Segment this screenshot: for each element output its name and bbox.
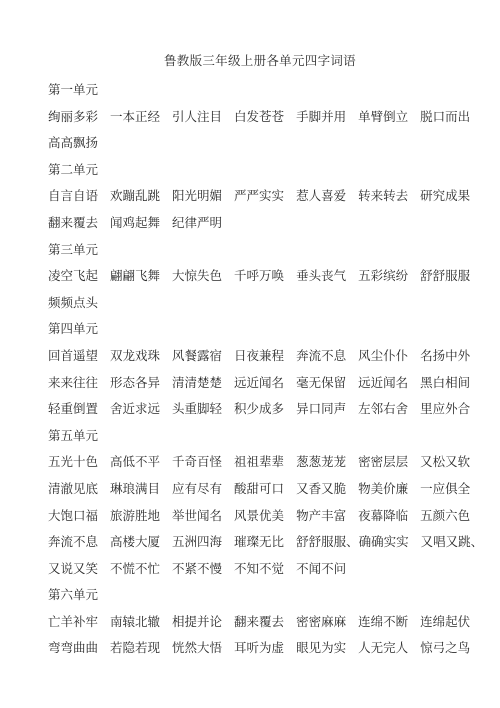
word-item: 清澈见底 bbox=[48, 476, 98, 503]
word-item: 不闻不问 bbox=[296, 556, 346, 583]
word-item: 风景优美 bbox=[234, 503, 284, 530]
word-item: 来来往往 bbox=[48, 370, 98, 397]
word-line: 大饱口福旅游胜地举世闻名风景优美物产丰富夜幕降临五颜六色 bbox=[48, 503, 488, 530]
word-item: 里应外合 bbox=[420, 396, 470, 423]
word-item: 舍近求远 bbox=[110, 396, 160, 423]
unit-heading: 第六单元 bbox=[48, 582, 488, 609]
word-item: 惹人喜爱 bbox=[296, 183, 346, 210]
word-item: 眼见为实 bbox=[296, 635, 346, 662]
word-line: 来来往往形态各异清清楚楚远近闻名毫无保留远近闻名黑白相间 bbox=[48, 370, 488, 397]
word-item: 琳琅满目 bbox=[110, 476, 160, 503]
word-item: 应有尽有 bbox=[172, 476, 222, 503]
word-item: 转来转去 bbox=[358, 183, 408, 210]
word-item: 一本正经 bbox=[110, 104, 160, 131]
word-item: 不知不觉 bbox=[234, 556, 284, 583]
word-item: 纪律严明 bbox=[172, 210, 222, 237]
word-line: 自言自语欢蹦乱跳阳光明媚严严实实惹人喜爱转来转去研究成果 bbox=[48, 183, 488, 210]
word-item: 又松又软 bbox=[420, 449, 470, 476]
word-item: 形态各异 bbox=[110, 370, 160, 397]
word-item: 舒舒服服 bbox=[420, 263, 470, 290]
document-title: 鲁教版三年级上册各单元四字词语 bbox=[0, 51, 500, 69]
word-item: 南辕北辙 bbox=[110, 609, 160, 636]
unit-heading: 第五单元 bbox=[48, 423, 488, 450]
word-item: 五光十色 bbox=[48, 449, 98, 476]
word-item: 弯弯曲曲 bbox=[48, 635, 98, 662]
word-item: 不慌不忙 bbox=[110, 556, 160, 583]
word-item: 自言自语 bbox=[48, 183, 98, 210]
word-line: 奔流不息高楼大厦五洲四海璀璨无比舒舒服服、确确实实又唱又跳、 bbox=[48, 529, 488, 556]
word-item: 大惊失色 bbox=[172, 263, 222, 290]
word-item: 凌空飞起 bbox=[48, 263, 98, 290]
word-item: 高高飘扬 bbox=[48, 130, 98, 157]
word-item: 酸甜可口 bbox=[234, 476, 284, 503]
word-item: 又香又脆 bbox=[296, 476, 346, 503]
word-item: 奔流不息 bbox=[48, 529, 98, 556]
word-item: 手脚并用 bbox=[296, 104, 346, 131]
word-item: 清清楚楚 bbox=[172, 370, 222, 397]
word-item: 黑白相间 bbox=[420, 370, 470, 397]
word-line: 轻重倒置舍近求远头重脚轻积少成多异口同声左邻右舍里应外合 bbox=[48, 396, 488, 423]
word-item: 头重脚轻 bbox=[172, 396, 222, 423]
word-item: 五洲四海 bbox=[172, 529, 222, 556]
word-item: 亡羊补牢 bbox=[48, 609, 98, 636]
word-item: 璀璨无比 bbox=[234, 529, 284, 556]
word-item: 举世闻名 bbox=[172, 503, 222, 530]
word-item: 夜幕降临 bbox=[358, 503, 408, 530]
word-line: 回首遥望双龙戏珠风餐露宿日夜兼程奔流不息风尘仆仆名扬中外 bbox=[48, 343, 488, 370]
word-item: 恍然大悟 bbox=[172, 635, 222, 662]
word-item: 物美价廉 bbox=[358, 476, 408, 503]
word-item: 五彩缤纷 bbox=[358, 263, 408, 290]
word-line: 亡羊补牢南辕北辙相提并论翻来覆去密密麻麻连绵不断连绵起伏 bbox=[48, 609, 488, 636]
word-item: 又说又笑 bbox=[48, 556, 98, 583]
word-item: 密密层层 bbox=[358, 449, 408, 476]
word-item: 白发苍苍 bbox=[234, 104, 284, 131]
word-item: 风餐露宿 bbox=[172, 343, 222, 370]
word-item: 频频点头 bbox=[48, 290, 98, 317]
word-line: 绚丽多彩一本正经引人注目白发苍苍手脚并用单臂倒立脱口而出 bbox=[48, 104, 488, 131]
word-line: 频频点头 bbox=[48, 290, 488, 317]
word-item: 旅游胜地 bbox=[110, 503, 160, 530]
word-item: 一应俱全 bbox=[420, 476, 470, 503]
word-item: 垂头丧气 bbox=[296, 263, 346, 290]
word-item: 密密麻麻 bbox=[296, 609, 346, 636]
word-item: 毫无保留 bbox=[296, 370, 346, 397]
word-item: 物产丰富 bbox=[296, 503, 346, 530]
word-item: 远近闻名 bbox=[234, 370, 284, 397]
word-item: 闻鸡起舞 bbox=[110, 210, 160, 237]
word-item: 人无完人 bbox=[358, 635, 408, 662]
word-line: 清澈见底琳琅满目应有尽有酸甜可口又香又脆物美价廉一应俱全 bbox=[48, 476, 488, 503]
word-item: 欢蹦乱跳 bbox=[110, 183, 160, 210]
word-item: 相提并论 bbox=[172, 609, 222, 636]
word-item: 连绵起伏 bbox=[420, 609, 470, 636]
word-line: 凌空飞起翩翩飞舞大惊失色千呼万唤垂头丧气五彩缤纷舒舒服服 bbox=[48, 263, 488, 290]
word-item: 风尘仆仆 bbox=[358, 343, 408, 370]
word-item: 异口同声 bbox=[296, 396, 346, 423]
word-line: 又说又笑不慌不忙不紧不慢不知不觉不闻不问 bbox=[48, 556, 488, 583]
document-body: 第一单元绚丽多彩一本正经引人注目白发苍苍手脚并用单臂倒立脱口而出高高飘扬第二单元… bbox=[48, 77, 488, 662]
word-item: 舒舒服服、确确实实 bbox=[296, 529, 409, 556]
word-item: 连绵不断 bbox=[358, 609, 408, 636]
unit-heading: 第一单元 bbox=[48, 77, 488, 104]
word-line: 弯弯曲曲若隐若现恍然大悟耳听为虚眼见为实人无完人惊弓之鸟 bbox=[48, 635, 488, 662]
word-item: 大饱口福 bbox=[48, 503, 98, 530]
word-item: 远近闻名 bbox=[358, 370, 408, 397]
word-item: 高楼大厦 bbox=[110, 529, 160, 556]
word-item: 日夜兼程 bbox=[234, 343, 284, 370]
word-item: 翩翩飞舞 bbox=[110, 263, 160, 290]
word-item: 耳听为虚 bbox=[234, 635, 284, 662]
word-item: 惊弓之鸟 bbox=[420, 635, 470, 662]
word-line: 翻来覆去闻鸡起舞纪律严明 bbox=[48, 210, 488, 237]
word-item: 葱葱茏茏 bbox=[296, 449, 346, 476]
word-item: 阳光明媚 bbox=[172, 183, 222, 210]
word-item: 单臂倒立 bbox=[358, 104, 408, 131]
word-item: 翻来覆去 bbox=[234, 609, 284, 636]
unit-heading: 第三单元 bbox=[48, 237, 488, 264]
word-item: 翻来覆去 bbox=[48, 210, 98, 237]
word-line: 五光十色高低不平千奇百怪祖祖辈辈葱葱茏茏密密层层又松又软 bbox=[48, 449, 488, 476]
word-item: 若隐若现 bbox=[110, 635, 160, 662]
word-item: 又唱又跳、 bbox=[421, 529, 484, 556]
word-line: 高高飘扬 bbox=[48, 130, 488, 157]
word-item: 严严实实 bbox=[234, 183, 284, 210]
word-item: 奔流不息 bbox=[296, 343, 346, 370]
word-item: 祖祖辈辈 bbox=[234, 449, 284, 476]
word-item: 绚丽多彩 bbox=[48, 104, 98, 131]
word-item: 左邻右舍 bbox=[358, 396, 408, 423]
word-item: 千呼万唤 bbox=[234, 263, 284, 290]
word-item: 不紧不慢 bbox=[172, 556, 222, 583]
word-item: 引人注目 bbox=[172, 104, 222, 131]
word-item: 研究成果 bbox=[420, 183, 470, 210]
word-item: 双龙戏珠 bbox=[110, 343, 160, 370]
word-item: 回首遥望 bbox=[48, 343, 98, 370]
word-item: 高低不平 bbox=[110, 449, 160, 476]
word-item: 积少成多 bbox=[234, 396, 284, 423]
unit-heading: 第二单元 bbox=[48, 157, 488, 184]
document-page: 鲁教版三年级上册各单元四字词语 第一单元绚丽多彩一本正经引人注目白发苍苍手脚并用… bbox=[0, 0, 500, 708]
unit-heading: 第四单元 bbox=[48, 316, 488, 343]
word-item: 脱口而出 bbox=[420, 104, 470, 131]
word-item: 名扬中外 bbox=[420, 343, 470, 370]
word-item: 五颜六色 bbox=[420, 503, 470, 530]
word-item: 千奇百怪 bbox=[172, 449, 222, 476]
word-item: 轻重倒置 bbox=[48, 396, 98, 423]
